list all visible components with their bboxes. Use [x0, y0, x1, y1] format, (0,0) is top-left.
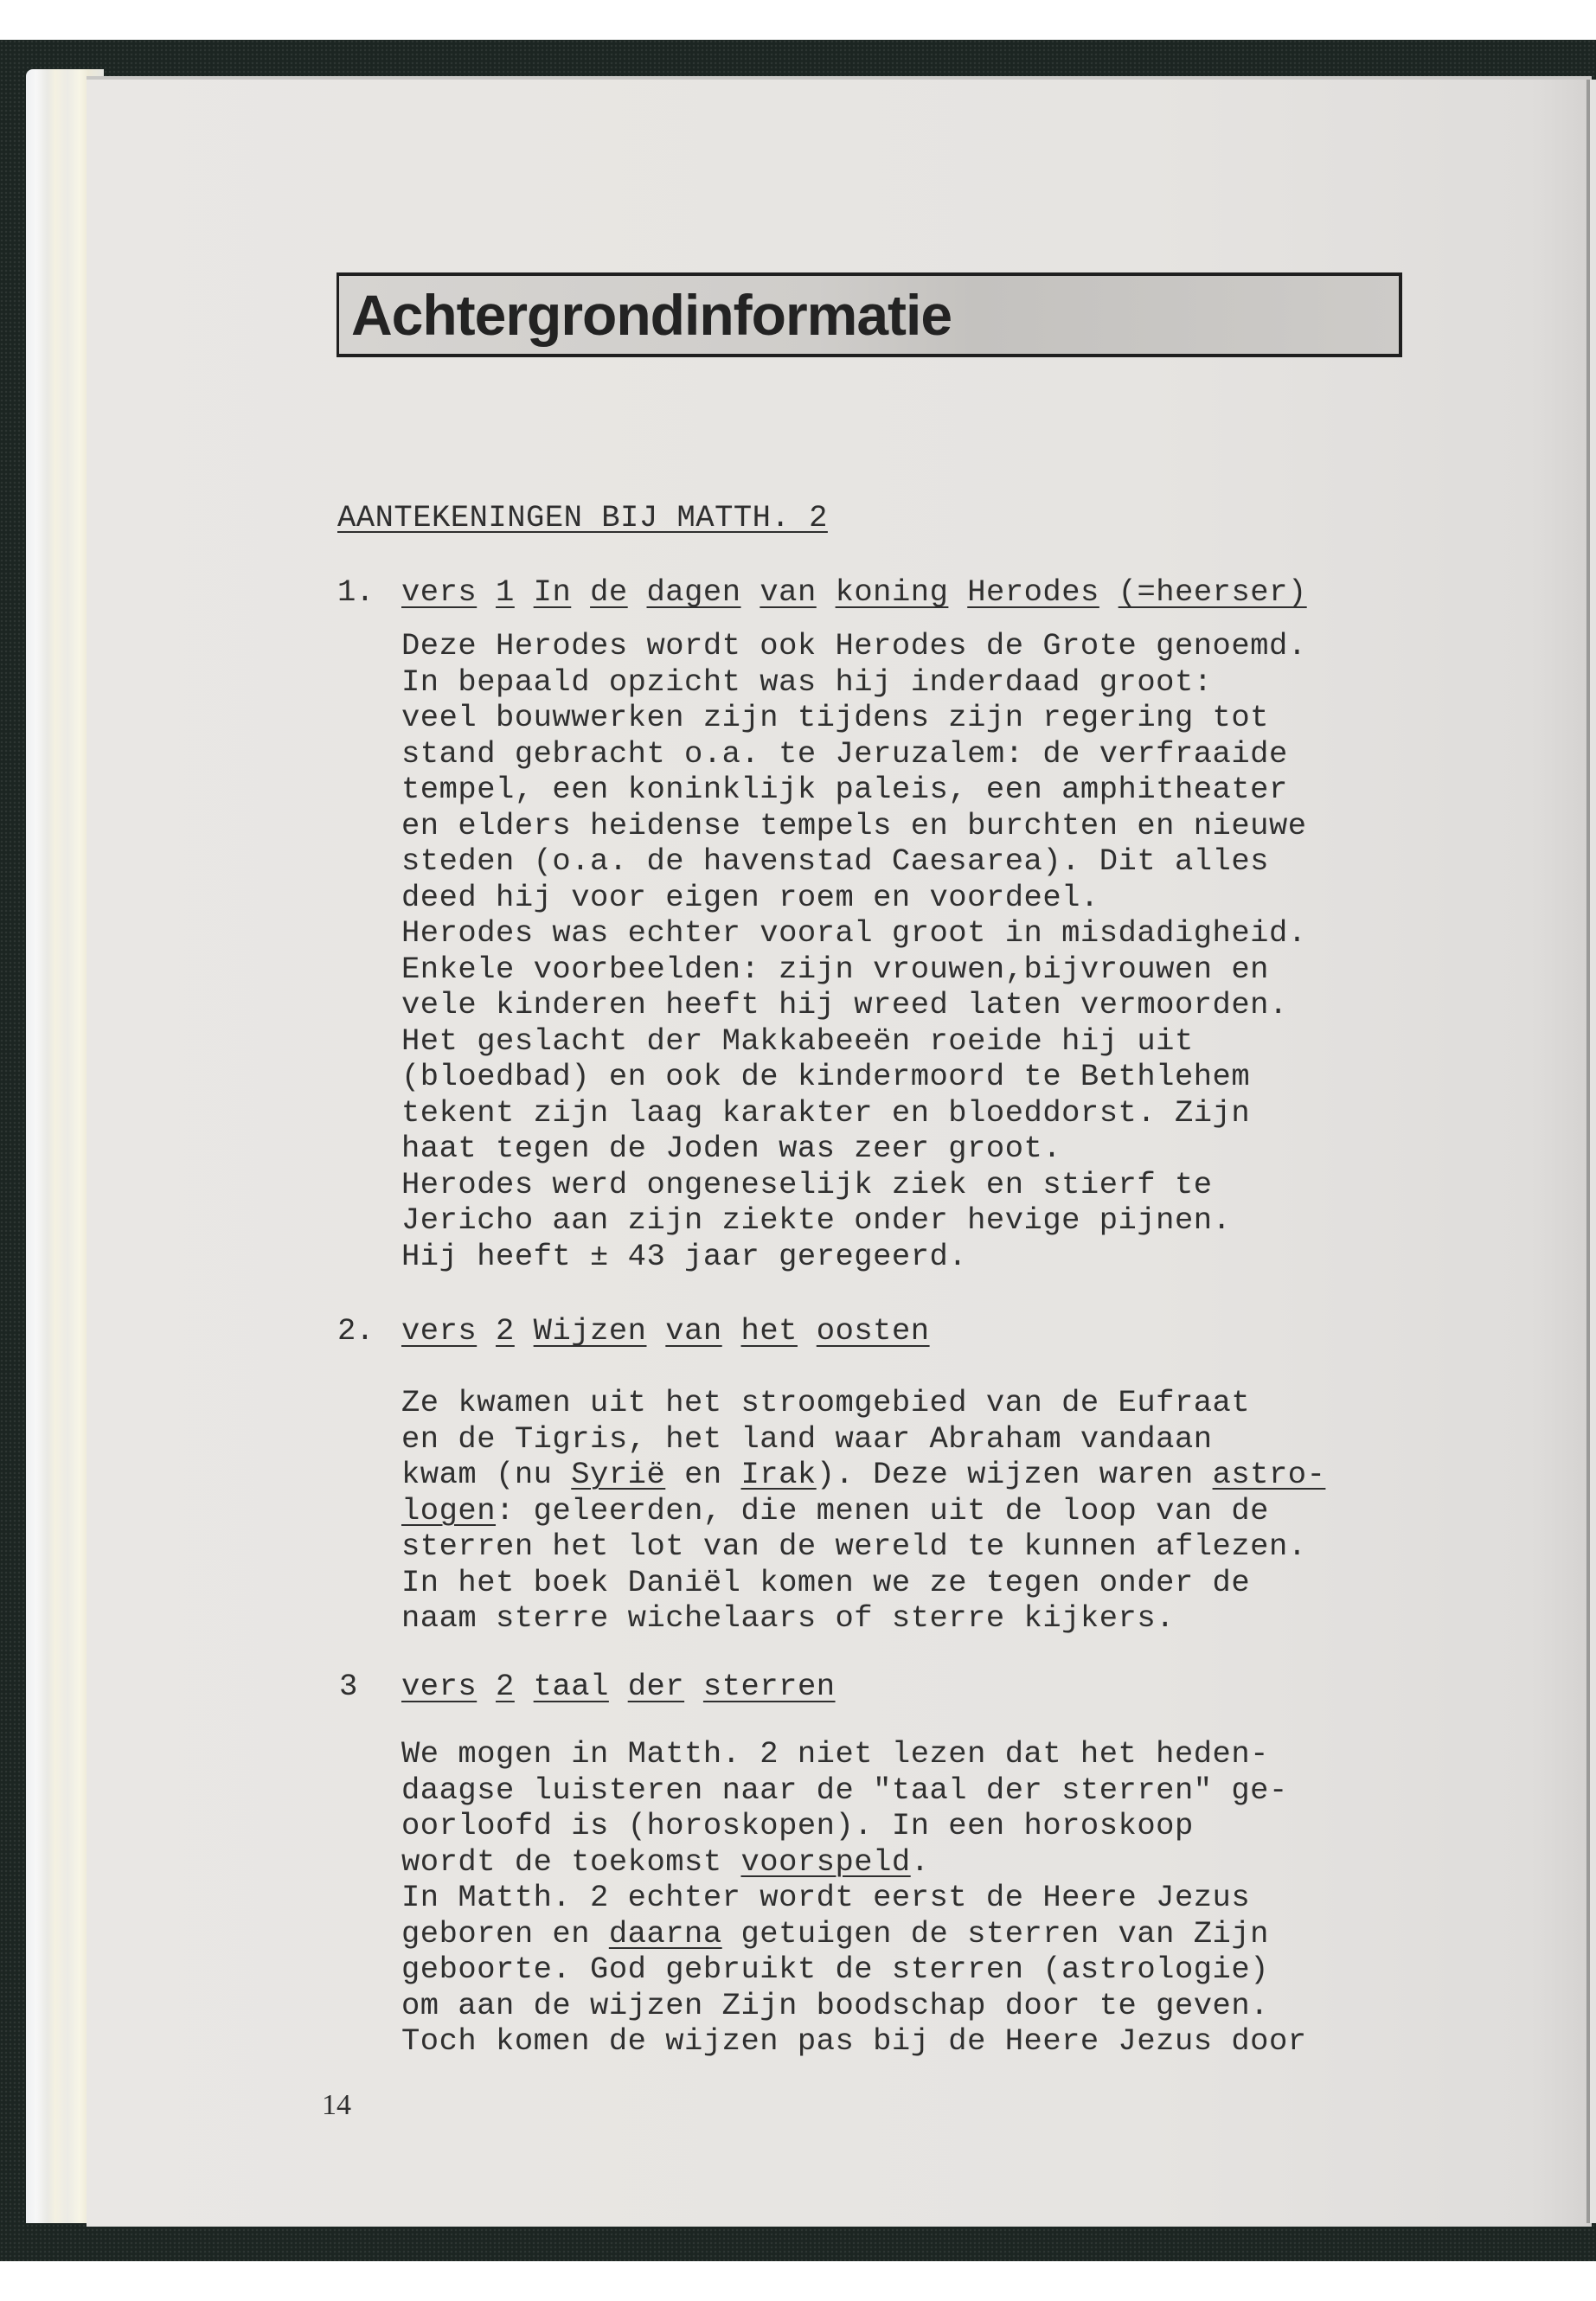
title-word: der: [628, 1669, 684, 1704]
paragraph-line: Herodes werd ongeneselijk ziek en stierf…: [401, 1167, 1307, 1203]
item-title: vers 1 In de dagen van koning Herodes (=…: [401, 574, 1307, 611]
paragraph-line: (bloedbad) en ook de kindermoord te Beth…: [401, 1059, 1307, 1095]
title-word: In: [534, 574, 572, 610]
title-word: koning: [836, 574, 949, 610]
paragraph-line: In het boek Daniël komen we ze tegen ond…: [401, 1565, 1325, 1601]
title-word: vers: [401, 1313, 477, 1349]
title-word: oosten: [817, 1313, 930, 1349]
paragraph-line: en de Tigris, het land waar Abraham vand…: [401, 1421, 1325, 1458]
item-number: 3: [339, 1669, 357, 1705]
item-title: vers 2 taal der sterren: [401, 1669, 836, 1705]
item-number: 1.: [337, 574, 375, 611]
underlined-term: voorspeld: [740, 1844, 910, 1880]
underlined-term: Irak: [740, 1457, 816, 1492]
paragraph-line: haat tegen de Joden was zeer groot.: [401, 1131, 1307, 1167]
item-paragraph: Deze Herodes wordt ook Herodes de Grote …: [401, 628, 1307, 1274]
paragraph-line: daagse luisteren naar de "taal der sterr…: [401, 1772, 1307, 1809]
paragraph-line: veel bouwwerken zijn tijdens zijn regeri…: [401, 700, 1307, 736]
underlined-term: Syrië: [571, 1457, 665, 1492]
item-number: 2.: [337, 1313, 375, 1349]
paragraph-line: Ze kwamen uit het stroomgebied van de Eu…: [401, 1385, 1325, 1421]
title-word: Wijzen: [534, 1313, 647, 1349]
paragraph-line: tekent zijn laag karakter en bloeddorst.…: [401, 1095, 1307, 1131]
title-banner: Achtergrondinformatie: [337, 272, 1402, 357]
paragraph-line: We mogen in Matth. 2 niet lezen dat het …: [401, 1736, 1307, 1772]
paragraph-line: geboren en daarna getuigen de sterren va…: [401, 1916, 1307, 1952]
paragraph-line: steden (o.a. de havenstad Caesarea). Dit…: [401, 843, 1307, 880]
paragraph-line: In Matth. 2 echter wordt eerst de Heere …: [401, 1880, 1307, 1916]
paragraph-line: geboorte. God gebruikt de sterren (astro…: [401, 1952, 1307, 1988]
title-word: sterren: [703, 1669, 836, 1704]
paragraph-line: Jericho aan zijn ziekte onder hevige pij…: [401, 1202, 1307, 1239]
paragraph-line: Het geslacht der Makkabeeën roeide hij u…: [401, 1023, 1307, 1060]
paragraph-line: deed hij voor eigen roem en voordeel.: [401, 880, 1307, 916]
page-title: Achtergrondinformatie: [351, 276, 952, 354]
item-paragraph: Ze kwamen uit het stroomgebied van de Eu…: [401, 1385, 1325, 1637]
title-word: 2: [496, 1669, 515, 1704]
underlined-term: logen: [401, 1493, 496, 1529]
paragraph-line: Herodes was echter vooral groot in misda…: [401, 915, 1307, 952]
paragraph-line: Enkele voorbeelden: zijn vrouwen,bijvrou…: [401, 952, 1307, 988]
underlined-term: astro-: [1213, 1457, 1326, 1492]
page-number: 14: [322, 2089, 351, 2122]
title-word: 2: [496, 1313, 515, 1349]
paragraph-line: vele kinderen heeft hij wreed laten verm…: [401, 987, 1307, 1023]
title-word: vers: [401, 1669, 477, 1704]
paragraph-line: om aan de wijzen Zijn boodschap door te …: [401, 1988, 1307, 2024]
title-word: de: [590, 574, 628, 610]
title-word: dagen: [647, 574, 741, 610]
title-word: 1: [496, 574, 515, 610]
title-word: taal: [534, 1669, 609, 1704]
paragraph-line: wordt de toekomst voorspeld.: [401, 1844, 1307, 1881]
paragraph-line: Hij heeft ± 43 jaar geregeerd.: [401, 1239, 1307, 1275]
paragraph-line: Deze Herodes wordt ook Herodes de Grote …: [401, 628, 1307, 664]
title-word: vers: [401, 574, 477, 610]
paragraph-line: naam sterre wichelaars of sterre kijkers…: [401, 1600, 1325, 1637]
facing-page-sliver: [1590, 80, 1596, 2223]
paragraph-line: Toch komen de wijzen pas bij de Heere Je…: [401, 2023, 1307, 2060]
underlined-term: daarna: [609, 1916, 722, 1952]
section-heading: AANTEKENINGEN BIJ MATTH. 2: [337, 500, 828, 536]
paragraph-line: stand gebracht o.a. te Jeruzalem: de ver…: [401, 736, 1307, 772]
item-title: vers 2 Wijzen van het oosten: [401, 1313, 930, 1349]
paragraph-line: kwam (nu Syrië en Irak). Deze wijzen war…: [401, 1457, 1325, 1493]
paragraph-line: In bepaald opzicht was hij inderdaad gro…: [401, 664, 1307, 701]
item-paragraph: We mogen in Matth. 2 niet lezen dat het …: [401, 1736, 1307, 2060]
title-word: van: [760, 574, 816, 610]
title-word: Herodes: [967, 574, 1099, 610]
paragraph-line: tempel, een koninklijk paleis, een amphi…: [401, 772, 1307, 808]
paragraph-line: en elders heidense tempels en burchten e…: [401, 808, 1307, 844]
paragraph-line: logen: geleerden, die menen uit de loop …: [401, 1493, 1325, 1529]
paragraph-line: sterren het lot van de wereld te kunnen …: [401, 1529, 1325, 1565]
paragraph-line: oorloofd is (horoskopen). In een horosko…: [401, 1808, 1307, 1844]
title-word: van: [665, 1313, 721, 1349]
title-word: (=heerser): [1118, 574, 1307, 610]
title-word: het: [741, 1313, 798, 1349]
